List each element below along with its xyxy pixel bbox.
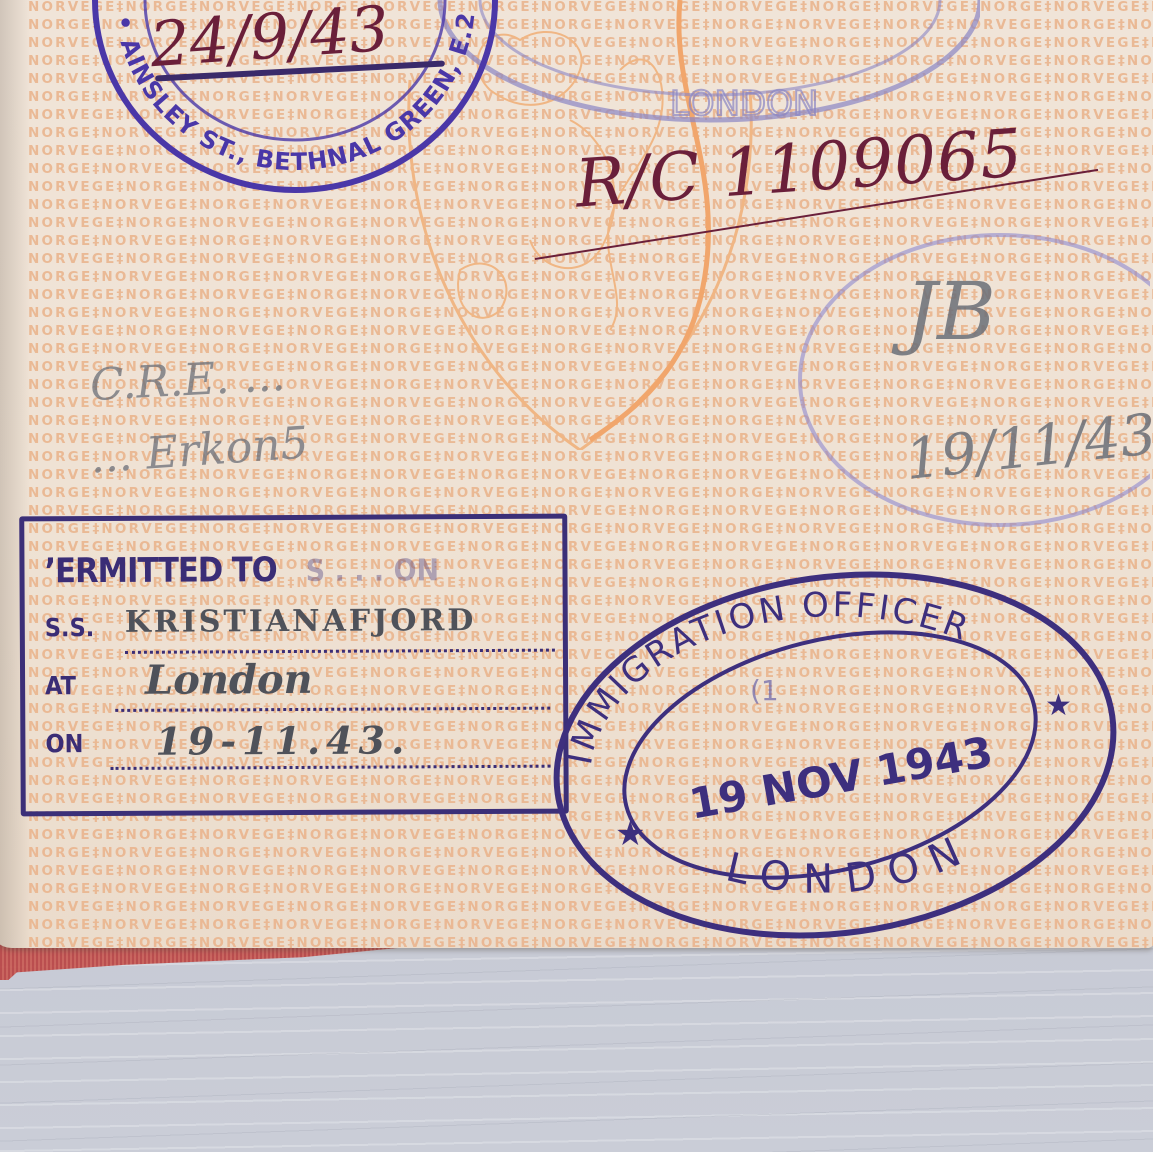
ship-line: S.S. KRISTIANAFJORD — [45, 613, 95, 642]
port-line: AT London — [45, 671, 76, 700]
pencil-note-line1: C.R.E. ... — [89, 350, 287, 411]
permitted-line: ’ERMITTED TO S . . . ON — [44, 549, 439, 591]
officer-initials: JB — [905, 265, 996, 358]
permitted-to-sail-stamp: ’ERMITTED TO S . . . ON S.S. KRISTIANAFJ… — [19, 514, 569, 817]
passport-page: NORGE‡NORVEGE‡NORGE‡NORVEGE‡NORGE‡NORVEG… — [0, 0, 1153, 948]
date-line: ON 19-11.43. — [45, 729, 83, 758]
